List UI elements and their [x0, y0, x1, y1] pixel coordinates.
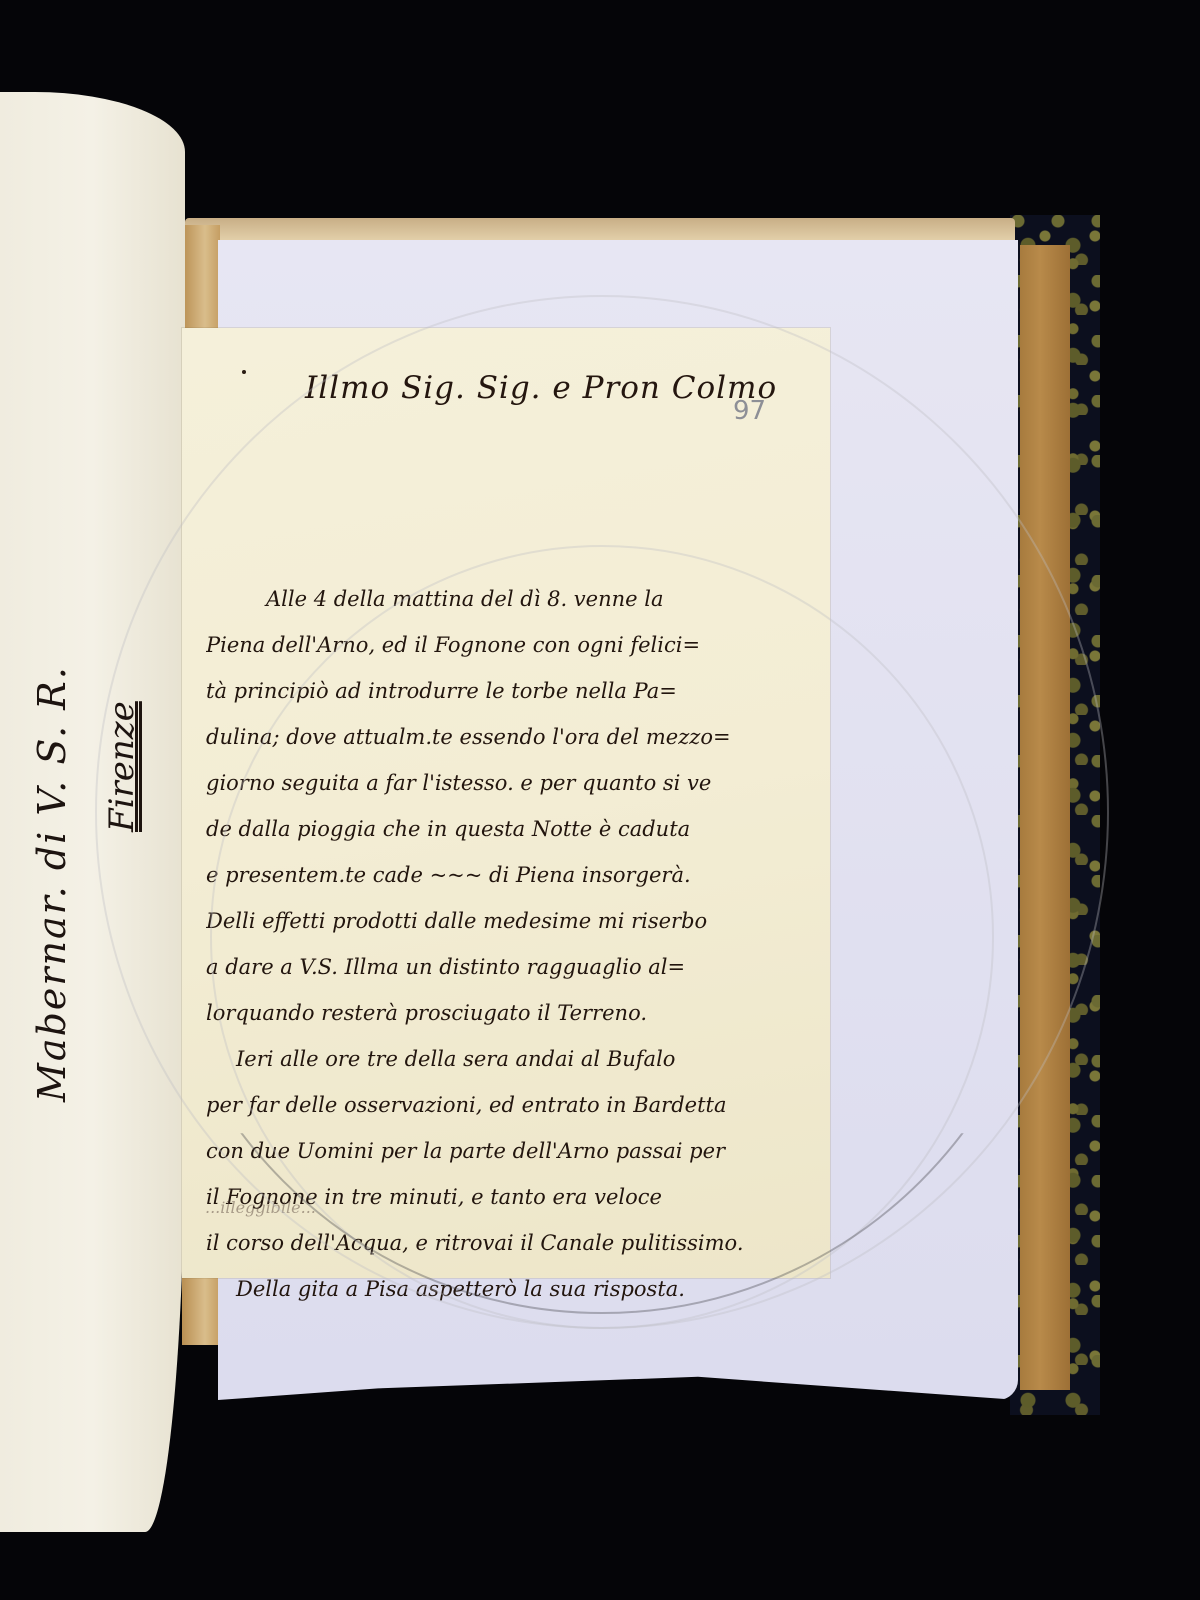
manuscript-photo: Mabernar. di V. S. R. Firenze Illmo Sig.… [0, 0, 1200, 1600]
letter-line: dulina; dove attualm.te essendo l'ora de… [206, 714, 836, 760]
letter-line: per far delle osservazioni, ed entrato i… [206, 1082, 836, 1128]
letter-line: il corso dell'Acqua, e ritrovai il Canal… [206, 1220, 836, 1266]
folio-number: 97 [733, 396, 766, 426]
city-line: Firenze [102, 701, 142, 832]
letter-line: Alle 4 della mattina del dì 8. venne la [206, 576, 836, 622]
bleed-through-text: ...illeggibile... [205, 1198, 316, 1217]
letter-line: e presentem.te cade ~~~ di Piena insorge… [206, 852, 836, 898]
left-page: Mabernar. di V. S. R. Firenze [0, 92, 185, 1532]
letter-line: de dalla pioggia che in questa Notte è c… [206, 806, 836, 852]
letter-line: a dare a V.S. Illma un distinto ragguagl… [206, 944, 836, 990]
letter-line: Della gita a Pisa aspetterò la sua rispo… [206, 1266, 836, 1312]
letter-line: Piena dell'Arno, ed il Fognone con ogni … [206, 622, 836, 668]
book-board-edge [1020, 245, 1070, 1390]
ink-dot [242, 370, 246, 374]
left-page-text: Mabernar. di V. S. R. Firenze [0, 92, 185, 1532]
letter-line: lorquando resterà prosciugato il Terreno… [206, 990, 836, 1036]
letter-line: con due Uomini per la parte dell'Arno pa… [206, 1128, 836, 1174]
letter-line: giorno seguita a far l'istesso. e per qu… [206, 760, 836, 806]
letter-line: Delli effetti prodotti dalle medesime mi… [206, 898, 836, 944]
address-line: Mabernar. di V. S. R. [30, 665, 74, 1102]
letter-salutation: Illmo Sig. Sig. e Pron Colmo [305, 370, 777, 406]
letter-line: Ieri alle ore tre della sera andai al Bu… [206, 1036, 836, 1082]
letter-line: tà principiò ad introdurre le torbe nell… [206, 668, 836, 714]
page-block-top-edge [185, 218, 1015, 240]
